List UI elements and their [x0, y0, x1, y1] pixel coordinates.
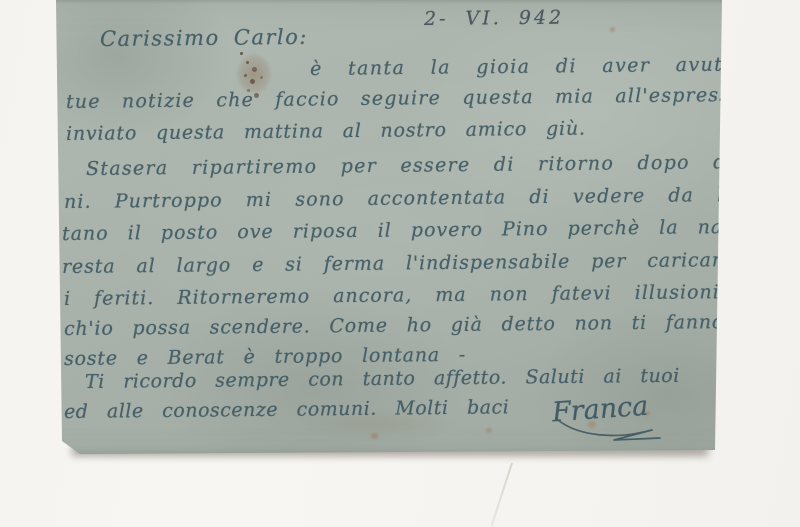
rust-spot — [486, 428, 492, 433]
letter-line: i feriti. Ritorneremo ancora, ma non fat… — [64, 279, 720, 312]
postcard: 2- VI. 942 Carissimo Carlo: è tanta la g… — [0, 0, 800, 460]
letter-line: Stasera ripartiremo per essere di ritorn… — [86, 149, 779, 182]
rust-spot — [610, 27, 615, 32]
date-text: 2- VI. 942 — [424, 5, 564, 32]
letter-line: inviato questa mattina al nostro amico g… — [66, 116, 586, 147]
faded-smudge — [298, 410, 458, 438]
signature-flourish — [556, 414, 676, 448]
letter-line: ch'io possa scendere. Come ho già detto … — [64, 309, 724, 342]
rust-spot — [644, 411, 650, 416]
letter-line: è tanta la gioia di aver avuto — [310, 52, 736, 82]
ink-stain — [228, 46, 284, 106]
letter-line: tano il posto ove riposa il povero Pino … — [62, 214, 747, 247]
letter-line: resta al largo e si ferma l'indispensabi… — [62, 247, 734, 280]
paper-crease-line — [491, 463, 513, 526]
rust-spot — [371, 433, 378, 439]
stain-speckles — [240, 52, 243, 55]
letter-line: ni. Purtroppo mi sono accontentata di ve… — [64, 182, 758, 215]
rust-spot — [588, 421, 596, 428]
scanner-background: 2- VI. 942 Carissimo Carlo: è tanta la g… — [0, 0, 800, 527]
letter-line: Ti ricordo sempre con tanto affetto. Sal… — [85, 363, 680, 395]
letter-line: tue notizie che faccio seguire questa mi… — [66, 82, 743, 115]
salutation: Carissimo Carlo: — [100, 24, 308, 52]
